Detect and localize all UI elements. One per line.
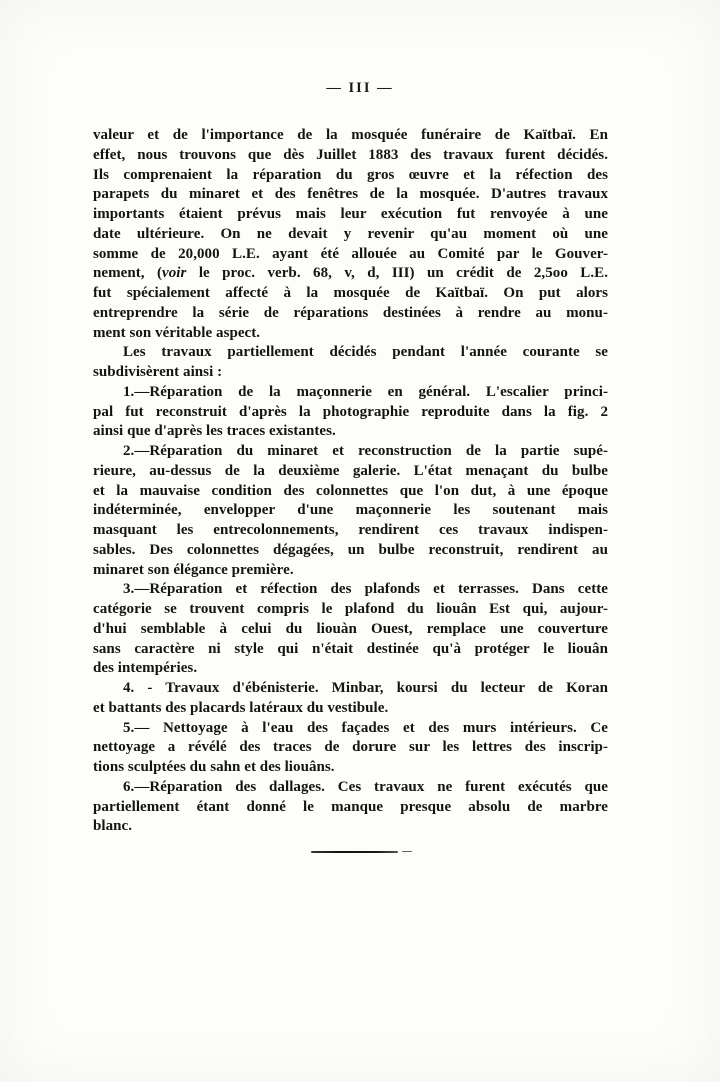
text-line: valeur et de l'importance de la mosquée … bbox=[93, 126, 608, 146]
text-line: nement, (voir le proc. verb. 68, v, d, I… bbox=[93, 264, 608, 284]
text-line: 3.—Réparation et réfection des plafonds … bbox=[93, 580, 608, 600]
paragraph: 6.—Réparation des dallages. Ces travaux … bbox=[93, 778, 608, 837]
text-line: parapets du minaret et des fenêtres de l… bbox=[93, 185, 608, 205]
text-line: tions sculptées du sahn et des liouâns. bbox=[93, 758, 608, 778]
text-line: importants étaient prévus mais leur exéc… bbox=[93, 205, 608, 225]
text-line: nettoyage a révélé des traces de dorure … bbox=[93, 738, 608, 758]
text-line: rieure, au-dessus de la deuxième galerie… bbox=[93, 462, 608, 482]
text-line: 6.—Réparation des dallages. Ces travaux … bbox=[93, 778, 608, 798]
text-line: des intempéries. bbox=[93, 659, 608, 679]
paragraph: Les travaux partiellement décidés pendan… bbox=[93, 343, 608, 383]
text-line: et la mauvaise condition des colonnettes… bbox=[93, 482, 608, 502]
text-line: catégorie se trouvent compris le plafond… bbox=[93, 600, 608, 620]
text-line: entreprendre la série de réparations des… bbox=[93, 304, 608, 324]
paragraph: 4. - Travaux d'ébénisterie. Minbar, kour… bbox=[93, 679, 608, 719]
paragraph: valeur et de l'importance de la mosquée … bbox=[93, 126, 608, 343]
text-line: effet, nous trouvons que dès Juillet 188… bbox=[93, 146, 608, 166]
text-line: pal fut reconstruit d'après la photograp… bbox=[93, 403, 608, 423]
paragraph: 5.— Nettoyage à l'eau des façades et des… bbox=[93, 719, 608, 778]
text-line: Ils comprenaient la réparation du gros œ… bbox=[93, 166, 608, 186]
end-of-text-rule bbox=[311, 851, 398, 853]
paragraph: 1.—Réparation de la maçonnerie en généra… bbox=[93, 383, 608, 442]
text-line: indéterminée, envelopper d'une maçonneri… bbox=[93, 501, 608, 521]
text-line: somme de 20,000 L.E. ayant été allouée a… bbox=[93, 245, 608, 265]
text-line: masquant les entrecolonnements, rendiren… bbox=[93, 521, 608, 541]
document-page: — III — valeur et de l'importance de la … bbox=[0, 0, 720, 1082]
text-line: partiellement étant donné le manque pres… bbox=[93, 798, 608, 818]
text-line: d'hui semblable à celui du liouàn Ouest,… bbox=[93, 620, 608, 640]
text-line: ment son véritable aspect. bbox=[93, 324, 608, 344]
text-line: ainsi que d'après les traces existantes. bbox=[93, 422, 608, 442]
text-line: fut spécialement affecté à la mosquée de… bbox=[93, 284, 608, 304]
text-line: blanc. bbox=[93, 817, 608, 837]
text-line: et battants des placards latéraux du ves… bbox=[93, 699, 608, 719]
text-line: date ultérieure. On ne devait y revenir … bbox=[93, 225, 608, 245]
text-line: sans caractère ni style qui n'était dest… bbox=[93, 640, 608, 660]
paragraph: 2.—Réparation du minaret et reconstructi… bbox=[93, 442, 608, 580]
page-number: — III — bbox=[0, 80, 720, 97]
text-line: 5.— Nettoyage à l'eau des façades et des… bbox=[93, 719, 608, 739]
text-line: sables. Des colonnettes dégagées, un bul… bbox=[93, 541, 608, 561]
text-line: minaret son élégance première. bbox=[93, 561, 608, 581]
text-body: valeur et de l'importance de la mosquée … bbox=[93, 126, 608, 837]
text-line: 2.—Réparation du minaret et reconstructi… bbox=[93, 442, 608, 462]
paragraph: 3.—Réparation et réfection des plafonds … bbox=[93, 580, 608, 679]
text-line: subdivisèrent ainsi : bbox=[93, 363, 608, 383]
text-line: 1.—Réparation de la maçonnerie en généra… bbox=[93, 383, 608, 403]
text-line: 4. - Travaux d'ébénisterie. Minbar, kour… bbox=[93, 679, 608, 699]
text-line: Les travaux partiellement décidés pendan… bbox=[93, 343, 608, 363]
